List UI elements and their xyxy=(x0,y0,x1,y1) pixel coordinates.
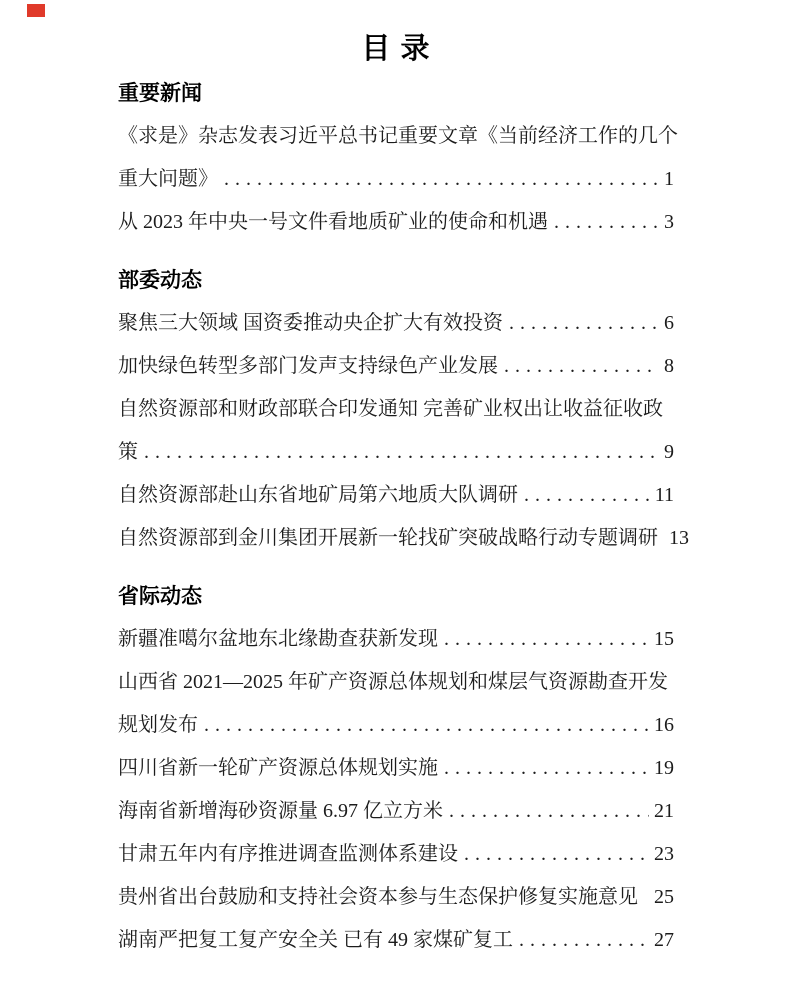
toc-entry-row[interactable]: 新疆准噶尔盆地东北缘勘查获新发现 .......................… xyxy=(118,618,674,661)
toc-entry-page-number[interactable]: 1 xyxy=(664,158,674,201)
toc-entry-row[interactable]: 规划发布 ...................................… xyxy=(118,704,674,747)
toc-body: 重要新闻 《求是》杂志发表习近平总书记重要文章《当前经济工作的几个 重大问题》 … xyxy=(118,72,674,962)
dot-leader: ........................................… xyxy=(444,747,649,790)
toc-entry-row[interactable]: 策 ......................................… xyxy=(118,431,674,474)
section-rows: 聚焦三大领域 国资委推动央企扩大有效投资 ...................… xyxy=(118,302,674,560)
toc-entry-page-number[interactable]: 25 xyxy=(654,876,674,919)
dot-leader: ........................................… xyxy=(524,474,650,517)
toc-entry-row[interactable]: 重大问题》 ..................................… xyxy=(118,158,674,201)
toc-entry-title[interactable]: 自然资源部赴山东省地矿局第六地质大队调研 xyxy=(118,474,518,517)
dot-leader: ........................................… xyxy=(504,345,659,388)
toc-section: 部委动态 聚焦三大领域 国资委推动央企扩大有效投资 ..............… xyxy=(118,259,674,560)
toc-entry-page-number[interactable]: 15 xyxy=(654,618,674,661)
toc-entry-row[interactable]: 自然资源部到金川集团开展新一轮找矿突破战略行动专题调研 13 xyxy=(118,517,674,560)
toc-entry-page-number[interactable]: 13 xyxy=(669,517,689,560)
section-heading: 部委动态 xyxy=(118,259,674,302)
toc-entry-row[interactable]: 四川省新一轮矿产资源总体规划实施 .......................… xyxy=(118,747,674,790)
toc-entry-page-number[interactable]: 16 xyxy=(654,704,674,747)
toc-entry-title[interactable]: 自然资源部和财政部联合印发通知 完善矿业权出让收益征收政 xyxy=(118,388,663,431)
toc-section: 省际动态 新疆准噶尔盆地东北缘勘查获新发现 ..................… xyxy=(118,575,674,962)
toc-entry-page-number[interactable]: 19 xyxy=(654,747,674,790)
toc-entry-title[interactable]: 《求是》杂志发表习近平总书记重要文章《当前经济工作的几个 xyxy=(118,115,678,158)
toc-entry-title[interactable]: 策 xyxy=(118,431,138,474)
toc-entry-page-number[interactable]: 23 xyxy=(654,833,674,876)
dot-leader: ........................................… xyxy=(464,833,649,876)
toc-entry-title[interactable]: 新疆准噶尔盆地东北缘勘查获新发现 xyxy=(118,618,438,661)
toc-entry-row[interactable]: 贵州省出台鼓励和支持社会资本参与生态保护修复实施意见 25 xyxy=(118,876,674,919)
toc-entry-page-number[interactable]: 6 xyxy=(664,302,674,345)
toc-entry-page-number[interactable]: 3 xyxy=(664,201,674,244)
toc-entry-title[interactable]: 四川省新一轮矿产资源总体规划实施 xyxy=(118,747,438,790)
toc-entry-title[interactable]: 自然资源部到金川集团开展新一轮找矿突破战略行动专题调研 xyxy=(118,517,658,560)
dot-leader: ........................................… xyxy=(224,158,659,201)
toc-section: 重要新闻 《求是》杂志发表习近平总书记重要文章《当前经济工作的几个 重大问题》 … xyxy=(118,72,674,244)
section-rows: 《求是》杂志发表习近平总书记重要文章《当前经济工作的几个 重大问题》 .....… xyxy=(118,115,674,244)
toc-entry-row[interactable]: 自然资源部赴山东省地矿局第六地质大队调研 ...................… xyxy=(118,474,674,517)
toc-entry-page-number[interactable]: 9 xyxy=(664,431,674,474)
dot-leader: ........................................… xyxy=(144,431,659,474)
page-title: 目录 xyxy=(0,0,791,68)
toc-entry-row[interactable]: 加快绿色转型多部门发声支持绿色产业发展 ....................… xyxy=(118,345,674,388)
toc-entry-title[interactable]: 贵州省出台鼓励和支持社会资本参与生态保护修复实施意见 xyxy=(118,876,638,919)
toc-entry-title[interactable]: 山西省 2021—2025 年矿产资源总体规划和煤层气资源勘查开发 xyxy=(118,661,668,704)
dot-leader: ........................................… xyxy=(204,704,649,747)
toc-entry-page-number[interactable]: 21 xyxy=(654,790,674,833)
toc-entry-row[interactable]: 甘肃五年内有序推进调查监测体系建设 ......................… xyxy=(118,833,674,876)
dot-leader: ........................................… xyxy=(509,302,659,345)
section-heading: 重要新闻 xyxy=(118,72,674,115)
toc-entry-title[interactable]: 规划发布 xyxy=(118,704,198,747)
toc-page: 目录 重要新闻 《求是》杂志发表习近平总书记重要文章《当前经济工作的几个 重大问… xyxy=(0,0,791,997)
toc-entry-title[interactable]: 重大问题》 xyxy=(118,158,218,201)
toc-entry-title[interactable]: 从 2023 年中央一号文件看地质矿业的使命和机遇 xyxy=(118,201,548,244)
section-heading: 省际动态 xyxy=(118,575,674,618)
toc-entry-title[interactable]: 海南省新增海砂资源量 6.97 亿立方米 xyxy=(118,790,443,833)
toc-entry-row[interactable]: 海南省新增海砂资源量 6.97 亿立方米 ...................… xyxy=(118,790,674,833)
toc-entry-row[interactable]: 山西省 2021—2025 年矿产资源总体规划和煤层气资源勘查开发 xyxy=(118,661,674,704)
toc-entry-row[interactable]: 聚焦三大领域 国资委推动央企扩大有效投资 ...................… xyxy=(118,302,674,345)
toc-entry-title[interactable]: 甘肃五年内有序推进调查监测体系建设 xyxy=(118,833,458,876)
dot-leader: ........................................… xyxy=(449,790,649,833)
dot-leader: ........................................… xyxy=(444,618,649,661)
toc-entry-row[interactable]: 湖南严把复工复产安全关 已有 49 家煤矿复工 ................… xyxy=(118,919,674,962)
toc-entry-title[interactable]: 湖南严把复工复产安全关 已有 49 家煤矿复工 xyxy=(118,919,513,962)
toc-entry-title[interactable]: 聚焦三大领域 国资委推动央企扩大有效投资 xyxy=(118,302,503,345)
toc-entry-page-number[interactable]: 8 xyxy=(664,345,674,388)
toc-entry-page-number[interactable]: 27 xyxy=(654,919,674,962)
section-rows: 新疆准噶尔盆地东北缘勘查获新发现 .......................… xyxy=(118,618,674,962)
toc-entry-row[interactable]: 自然资源部和财政部联合印发通知 完善矿业权出让收益征收政 xyxy=(118,388,674,431)
toc-entry-title[interactable]: 加快绿色转型多部门发声支持绿色产业发展 xyxy=(118,345,498,388)
dot-leader: ........................................… xyxy=(519,919,649,962)
toc-entry-row[interactable]: 《求是》杂志发表习近平总书记重要文章《当前经济工作的几个 xyxy=(118,115,674,158)
toc-entry-page-number[interactable]: 11 xyxy=(655,474,674,517)
red-corner-mark xyxy=(27,4,45,17)
toc-entry-row[interactable]: 从 2023 年中央一号文件看地质矿业的使命和机遇 ..............… xyxy=(118,201,674,244)
dot-leader: ........................................… xyxy=(554,201,659,244)
